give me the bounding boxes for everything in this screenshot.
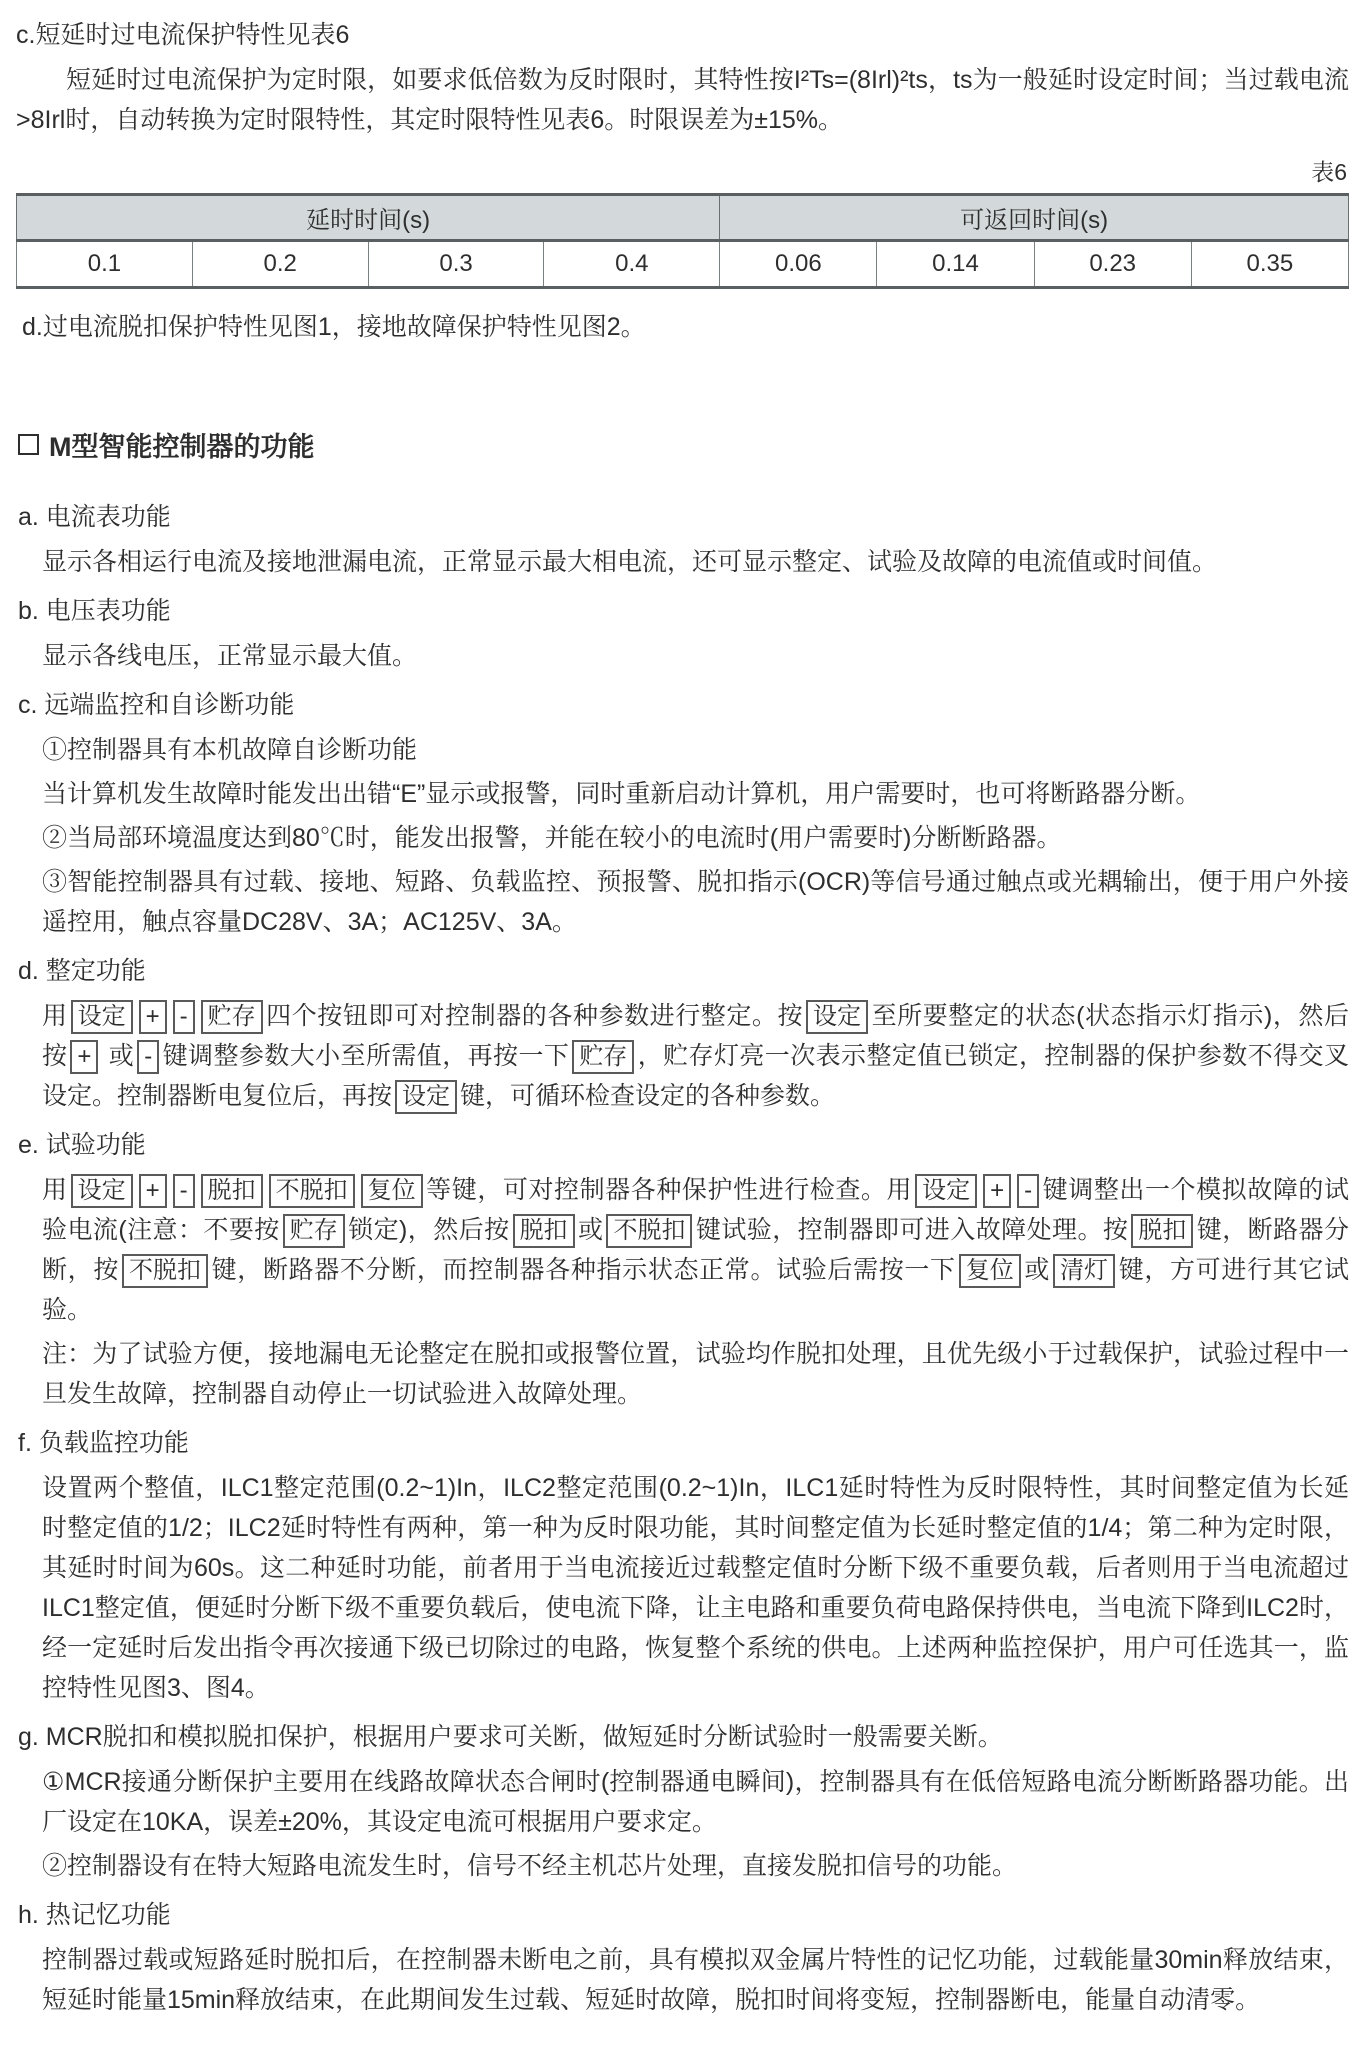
item-title: g. MCR脱扣和模拟脱扣保护，根据用户要求可关断，做短延时分断试验时一般需要关… (18, 1718, 1349, 1756)
item-paragraph: 控制器过载或短路延时脱扣后，在控制器未断电之前，具有模拟双金属片特性的记忆功能，… (16, 1940, 1349, 2020)
key-label: 不脱扣 (269, 1174, 355, 1208)
section-heading: c.短延时过电流保护特性见表6 (16, 16, 1349, 54)
item-title: c. 远端监控和自诊断功能 (18, 686, 1349, 724)
key-label: 贮存 (283, 1214, 345, 1248)
key-label: 设定 (71, 1000, 133, 1034)
key-label: + (983, 1174, 1011, 1208)
table-cell-delay-4: 0.4 (544, 241, 720, 288)
section-short-delay-overcurrent: c.短延时过电流保护特性见表6 短延时过电流保护为定时限，如要求低倍数为反时限时… (16, 16, 1349, 347)
section-m-controller-functions: M型智能控制器的功能 a. 电流表功能 显示各相运行电流及接地泄漏电流，正常显示… (16, 425, 1349, 2020)
key-label: 脱扣 (1131, 1214, 1193, 1248)
key-label: 设定 (71, 1174, 133, 1208)
key-label: 不脱扣 (606, 1214, 692, 1248)
table-cell-delay-1: 0.1 (17, 241, 193, 288)
key-label: - (173, 1174, 195, 1208)
table-value-row: 0.1 0.2 0.3 0.4 0.06 0.14 0.23 0.35 (17, 241, 1349, 288)
item-paragraph: 设置两个整值，ILC1整定范围(0.2~1)In，ILC2整定范围(0.2~1)… (16, 1468, 1349, 1708)
section-title-text: M型智能控制器的功能 (49, 425, 315, 464)
table-cell-return-1: 0.06 (720, 241, 877, 288)
function-item-thermal-memory: h. 热记忆功能 控制器过载或短路延时脱扣后，在控制器未断电之前，具有模拟双金属… (16, 1896, 1349, 2020)
function-item-ammeter: a. 电流表功能 显示各相运行电流及接地泄漏电流，正常显示最大相电流，还可显示整… (16, 498, 1349, 582)
item-paragraph: 当计算机发生故障时能发出出错“E”显示或报警，同时重新启动计算机，用户需要时，也… (16, 774, 1349, 814)
key-label: 脱扣 (513, 1214, 575, 1248)
function-item-test: e. 试验功能 用设定+-脱扣不脱扣复位等键，可对控制器各种保护性进行检查。用设… (16, 1126, 1349, 1414)
item-title: d. 整定功能 (18, 952, 1349, 990)
item-title: f. 负载监控功能 (18, 1424, 1349, 1462)
table-header-delay-time: 延时时间(s) (17, 195, 720, 241)
key-label: + (139, 1000, 167, 1034)
overcurrent-paragraph: 短延时过电流保护为定时限，如要求低倍数为反时限时，其特性按I²Ts=(8Irl)… (16, 60, 1349, 140)
item-title: b. 电压表功能 (18, 592, 1349, 630)
table-cell-return-3: 0.23 (1034, 241, 1191, 288)
function-item-remote-monitoring: c. 远端监控和自诊断功能 ①控制器具有本机故障自诊断功能 当计算机发生故障时能… (16, 686, 1349, 942)
table-header-return-time: 可返回时间(s) (720, 195, 1349, 241)
item-note: 注：为了试验方便，接地漏电无论整定在脱扣或报警位置，试验均作脱扣处理，且优先级小… (16, 1334, 1349, 1414)
key-label: 设定 (915, 1174, 977, 1208)
key-label: 复位 (361, 1174, 423, 1208)
document-page: c.短延时过电流保护特性见表6 短延时过电流保护为定时限，如要求低倍数为反时限时… (16, 16, 1349, 2020)
key-label: + (139, 1174, 167, 1208)
key-label: 不脱扣 (122, 1254, 208, 1288)
table-header-row: 延时时间(s) 可返回时间(s) (17, 195, 1349, 241)
figure-reference-note: d.过电流脱扣保护特性见图1，接地故障保护特性见图2。 (22, 307, 1349, 347)
table-cell-delay-3: 0.3 (368, 241, 544, 288)
key-label: 设定 (395, 1080, 457, 1114)
key-label: - (173, 1000, 195, 1034)
item-title: a. 电流表功能 (18, 498, 1349, 536)
key-label: 复位 (959, 1254, 1021, 1288)
key-label: 清灯 (1053, 1254, 1115, 1288)
square-outline-icon (18, 434, 39, 455)
table-cell-return-4: 0.35 (1191, 241, 1348, 288)
key-label: - (137, 1040, 159, 1074)
key-label: 贮存 (201, 1000, 263, 1034)
item-paragraph: ①MCR接通分断保护主要用在线路故障状态合闸时(控制器通电瞬间)，控制器具有在低… (16, 1762, 1349, 1842)
item-title: h. 热记忆功能 (18, 1896, 1349, 1934)
function-item-mcr-trip: g. MCR脱扣和模拟脱扣保护，根据用户要求可关断，做短延时分断试验时一般需要关… (16, 1718, 1349, 1886)
section-title: M型智能控制器的功能 (18, 425, 1349, 464)
item-paragraph: 显示各相运行电流及接地泄漏电流，正常显示最大相电流，还可显示整定、试验及故障的电… (16, 542, 1349, 582)
table-6: 延时时间(s) 可返回时间(s) 0.1 0.2 0.3 0.4 0.06 0.… (16, 193, 1349, 289)
item-paragraph: 显示各线电压，正常显示最大值。 (16, 636, 1349, 676)
item-title: e. 试验功能 (18, 1126, 1349, 1164)
key-label: 设定 (806, 1000, 868, 1034)
key-label: - (1017, 1174, 1039, 1208)
item-paragraph: ②控制器设有在特大短路电流发生时，信号不经主机芯片处理，直接发脱扣信号的功能。 (16, 1846, 1349, 1886)
key-label: 贮存 (572, 1040, 634, 1074)
table-cell-return-2: 0.14 (877, 241, 1034, 288)
item-paragraph-with-keys: 用设定+-脱扣不脱扣复位等键，可对控制器各种保护性进行检查。用设定+-键调整出一… (16, 1170, 1349, 1330)
function-item-load-monitoring: f. 负载监控功能 设置两个整值，ILC1整定范围(0.2~1)In，ILC2整… (16, 1424, 1349, 1708)
item-paragraph: ③智能控制器具有过载、接地、短路、负载监控、预报警、脱扣指示(OCR)等信号通过… (16, 862, 1349, 942)
table-cell-delay-2: 0.2 (192, 241, 368, 288)
item-paragraph: ②当局部环境温度达到80℃时，能发出报警，并能在较小的电流时(用户需要时)分断断… (16, 818, 1349, 858)
item-paragraph: ①控制器具有本机故障自诊断功能 (16, 730, 1349, 770)
key-label: 脱扣 (201, 1174, 263, 1208)
function-item-voltmeter: b. 电压表功能 显示各线电压，正常显示最大值。 (16, 592, 1349, 676)
item-paragraph-with-keys: 用设定+-贮存四个按钮即可对控制器的各种参数进行整定。按设定至所要整定的状态(状… (16, 996, 1349, 1116)
key-label: + (70, 1040, 98, 1074)
table-label: 表6 (16, 154, 1347, 187)
function-item-setting: d. 整定功能 用设定+-贮存四个按钮即可对控制器的各种参数进行整定。按设定至所… (16, 952, 1349, 1116)
